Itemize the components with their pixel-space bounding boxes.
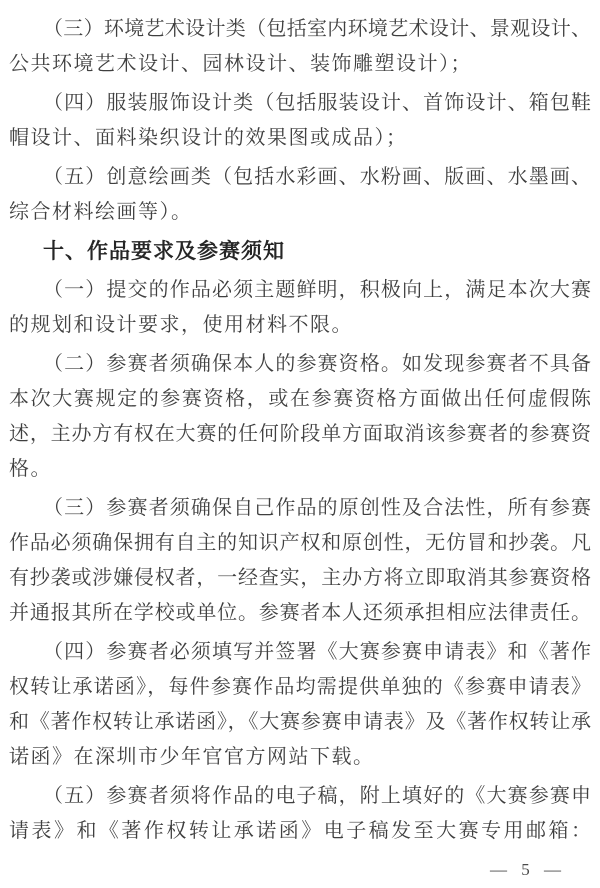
text-line: 作品必须确保拥有自主的知识产权和原创性，无仿冒和抄袭。凡 bbox=[9, 526, 591, 561]
page-footer: — 5 — bbox=[9, 855, 591, 885]
text-line: （四）参赛者必须填写并签署《大赛参赛申请表》和《著作 bbox=[9, 635, 591, 670]
text-line: 格。 bbox=[9, 452, 591, 487]
text-line: 有抄袭或涉嫌侵权者，一经查实，主办方将立即取消其参赛资格 bbox=[9, 561, 591, 596]
text-line: 本次大赛规定的参赛资格，或在参赛资格方面做出任何虚假陈 bbox=[9, 382, 591, 417]
text-line: （三）环境艺术设计类（包括室内环境艺术设计、景观设计、 bbox=[9, 12, 591, 47]
document-body: （三）环境艺术设计类（包括室内环境艺术设计、景观设计、公共环境艺术设计、园林设计… bbox=[9, 12, 591, 849]
text-line: （一）提交的作品必须主题鲜明，积极向上，满足本次大赛 bbox=[9, 273, 591, 308]
text-line: 公共环境艺术设计、园林设计、装饰雕塑设计）； bbox=[9, 47, 591, 82]
page-number: — 5 — bbox=[490, 860, 561, 879]
section-heading: 十、作品要求及参赛须知 bbox=[9, 234, 591, 269]
text-line: 的规划和设计要求，使用材料不限。 bbox=[9, 308, 591, 343]
text-line: （三）参赛者须确保自己作品的原创性及合法性，所有参赛 bbox=[9, 491, 591, 526]
text-line: （二）参赛者须确保本人的参赛资格。如发现参赛者不具备 bbox=[9, 347, 591, 382]
text-line: 请表》和《著作权转让承诺函》电子稿发至大赛专用邮箱： bbox=[9, 814, 591, 849]
text-line: （四）服装服饰设计类（包括服装设计、首饰设计、箱包鞋 bbox=[9, 86, 591, 121]
text-line: （五）参赛者须将作品的电子稿，附上填好的《大赛参赛申 bbox=[9, 779, 591, 814]
text-line: 诺函》在深圳市少年官官方网站下载。 bbox=[9, 740, 591, 775]
text-line: 述，主办方有权在大赛的任何阶段单方面取消该参赛者的参赛资 bbox=[9, 417, 591, 452]
text-line: 和《著作权转让承诺函》，《大赛参赛申请表》及《著作权转让承 bbox=[9, 705, 591, 740]
text-line: 并通报其所在学校或单位。参赛者本人还须承担相应法律责任。 bbox=[9, 596, 591, 631]
document-page: （三）环境艺术设计类（包括室内环境艺术设计、景观设计、公共环境艺术设计、园林设计… bbox=[0, 0, 600, 888]
text-line: 帽设计、面料染织设计的效果图或成品）； bbox=[9, 121, 591, 156]
text-line: 权转让承诺函》，每件参赛作品均需提供单独的《参赛申请表》 bbox=[9, 670, 591, 705]
text-line: （五）创意绘画类（包括水彩画、水粉画、版画、水墨画、 bbox=[9, 160, 591, 195]
text-line: 综合材料绘画等）。 bbox=[9, 195, 591, 230]
